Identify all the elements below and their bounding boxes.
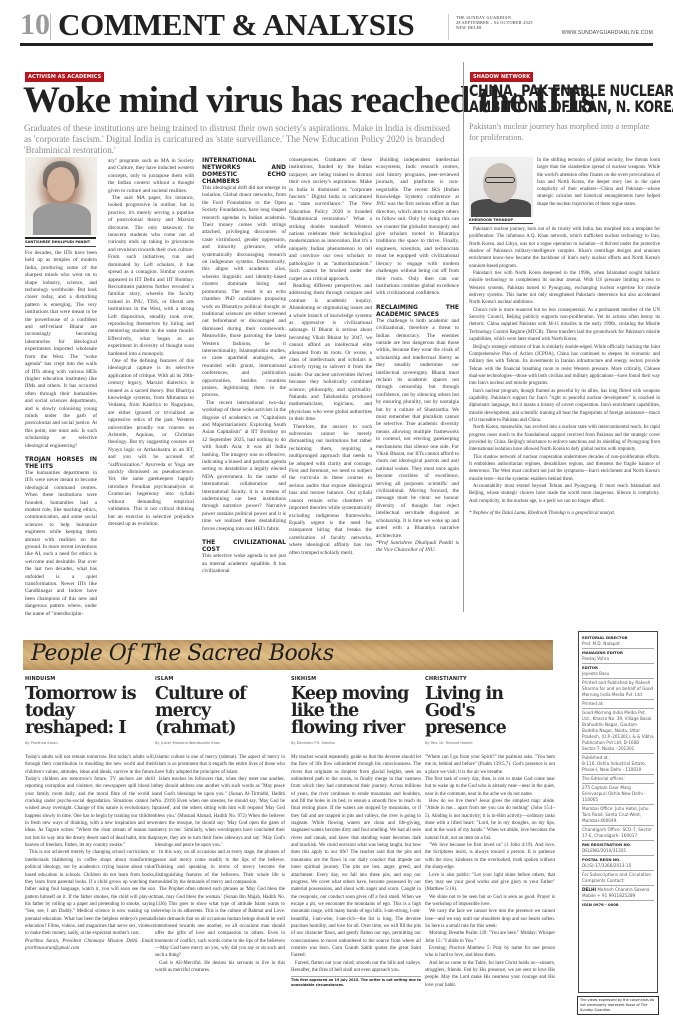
paragraph: North Korea, meanwhile, has evolved into… — [469, 424, 660, 453]
imprint-value: Printed and Published by Rakesh Sharma f… — [582, 679, 654, 700]
paragraph: China's role is more nuanced but no less… — [469, 307, 660, 344]
issn: ISSN 0976 - 0008 — [582, 901, 654, 909]
author-name: KHEDROOB THONDUP — [469, 218, 533, 222]
paragraph: ary" programs such as MA in Society and … — [108, 158, 194, 195]
imprint-value: 275 Captain Gaur Marg Srinivaspuri Okhla… — [582, 784, 654, 805]
side-standfirst: Pakistan's nuclear journey has morphed i… — [469, 121, 659, 143]
headline-line: AMBITIONS OF IRAN, N. KOREA — [469, 99, 625, 115]
column-label: HINDUISM — [25, 676, 155, 682]
subheading: INTERNATIONAL NETWORKS AND DOMESTIC ECHO… — [202, 157, 286, 185]
paragraph: This selective woke agenda is not just a… — [202, 553, 286, 575]
imprint-value: Prof. M.D. Nalapat — [582, 641, 654, 647]
imprint-value: Good Morning India Media Pvt. Ltd., Khas… — [582, 709, 654, 754]
divider — [25, 246, 96, 247]
subheading: RECLAIMING THE ACADEMIC SPACES — [376, 304, 459, 318]
imprint-value: B-116, Okhla Industrial Estate, Phase-I,… — [582, 761, 654, 773]
column-headline[interactable]: Living in God's presence — [425, 686, 555, 737]
column-body: "Where can I go from your Spirit?" the p… — [425, 754, 555, 989]
author-signoff: *Prof Santishree Dhulipudi Pandit is the… — [376, 540, 459, 555]
divider — [469, 223, 533, 224]
imprint-value: For Subscriptions and Circulation Compla… — [582, 871, 654, 886]
paragraph: Iran's nuclear program, though framed as… — [469, 388, 660, 425]
paragraph: The humanities departments in IITs were … — [25, 470, 97, 618]
glasses-icon — [485, 177, 515, 183]
section-banner: People Of The Sacred Books — [23, 640, 553, 670]
paragraph: We shine not to be seen but so God is se… — [425, 894, 555, 909]
paragraph: Reading different perspectives and addre… — [289, 283, 372, 424]
hinduism-column: HINDUISM Tomorrow is today reshaped: I B… — [25, 676, 155, 952]
author-signoff: Prarthna Saran, President Chinmaya Missi… — [25, 938, 155, 953]
article-column-1: For decades, the IITs have been held up … — [25, 250, 97, 618]
byline: By Rev. Dr. Richard Howell — [425, 741, 555, 745]
paragraph: This ideological drift did not emerge in… — [202, 185, 286, 400]
paragraph: The Prophet often uttered such phrases a… — [155, 886, 285, 959]
subheading: THE CIVILIZATIONAL COST — [202, 539, 286, 553]
paragraph: Beijing's strategic embrace of Iran is s… — [469, 344, 660, 388]
masthead-divider — [50, 14, 51, 40]
paragraph: In the shifting tectonics of global secu… — [537, 157, 660, 208]
subheading: TROJAN HORSES IN THE IITS — [25, 456, 97, 470]
imprint-value: Mahesh Chandra Saxena — [597, 887, 649, 892]
article-column-3: INTERNATIONAL NETWORKS AND DOMESTIC ECHO… — [202, 157, 286, 575]
article-column-2: ary" programs such as MA in Society and … — [108, 158, 194, 528]
edition: NEW DELHI — [456, 25, 533, 30]
paragraph: We carry the face we cannot love into th… — [425, 908, 555, 930]
article-column-5: Building independent intellectual ecosys… — [376, 157, 459, 555]
masthead: 10 COMMENT & ANALYSIS THE SUNDAY GUARDIA… — [20, 10, 653, 40]
imprint-value: Pankaj Vohra — [582, 656, 654, 662]
paragraph: One of the defining features of this ide… — [108, 358, 194, 528]
islam-column: ISLAM Culture of mercy (rahmat) By (Late… — [155, 676, 285, 974]
imprint-label: DELHI — [582, 887, 596, 892]
paragraph: Islam teaches its followers that, when t… — [155, 776, 285, 849]
imprint-label: Printed at: — [582, 700, 654, 709]
masthead-rule — [20, 43, 653, 46]
christianity-column: CHRISTIANITY Living in God's presence By… — [425, 676, 555, 989]
section-title: COMMENT & ANALYSIS — [58, 10, 414, 40]
column-body: Islamic culture is one of mercy (rahmat)… — [155, 754, 285, 974]
column-label: CHRISTIANITY — [425, 676, 555, 682]
side-article-intro: In the shifting tectonics of global secu… — [537, 157, 660, 208]
imprint-value: DELENG/2010/31355 — [582, 848, 654, 854]
paragraph: And let us come to the Table, for here C… — [425, 960, 555, 989]
column-headline[interactable]: Tomorrow is today reshaped: I — [25, 686, 155, 737]
imprint-box: EDITORIAL DIRECTOR Prof. M.D. Nalapat MA… — [578, 631, 658, 993]
paragraph: My teacher would repeatedly guide us tha… — [291, 754, 421, 960]
paragraph: How do we live there? Jesus gives the si… — [425, 798, 555, 842]
column-label: SIKHISM — [291, 676, 421, 682]
paragraph: Pakistan's nuclear journey, born out of … — [469, 226, 660, 270]
paragraph: Fareed, flatten out your mind; smooth ou… — [291, 960, 421, 975]
paragraph: For decades, the IITs have been held up … — [25, 250, 97, 450]
column-body: Today's adults will not remain tomorrow.… — [25, 754, 155, 952]
side-article-body: Pakistan's nuclear journey, born out of … — [469, 226, 660, 517]
paragraph: Evening: Practice Matthew 5: Pray by nam… — [425, 945, 555, 960]
masthead-info: THE SUNDAY GUARDIAN 28 SEPTEMBER – 04 OC… — [456, 15, 533, 30]
side-headline[interactable]: CHINA, PAK ENABLE NUCLEAR AMBITIONS OF I… — [469, 83, 625, 115]
byline: By (Late) Maulana Wahiduddin Khan — [155, 741, 285, 745]
article-column-4: consequences. Graduates of these institu… — [289, 157, 372, 557]
editor-note: This first appeared on 19 July 2015. The… — [291, 976, 421, 988]
paragraph: Therefore, the answer to such subversion… — [289, 424, 372, 557]
paragraph: This shadow network of nuclear cooperati… — [469, 454, 660, 483]
imprint-label: The Editorial offices: — [582, 775, 654, 784]
paragraph: The first task of every day, then, is no… — [425, 776, 555, 798]
column-headline[interactable]: Culture of mercy (rahmat) — [155, 686, 285, 737]
masthead-divider — [448, 14, 449, 40]
paragraph: consequences. Graduates of these institu… — [289, 157, 372, 283]
imprint-value: Chandigarh Office: SCO-7, Sector 17-E, C… — [582, 826, 654, 841]
paragraph: Love is also public: "Let your light shi… — [425, 872, 555, 894]
article-kicker: SHADOW NETWORK — [470, 72, 533, 82]
column-body: My teacher would repeatedly guide us tha… — [291, 754, 421, 988]
paragraph: Pakistan's ties with North Korea deepene… — [469, 270, 660, 307]
paragraph: Building independent intellectual ecosys… — [376, 157, 459, 298]
column-headline[interactable]: Keep moving like the flowing river — [291, 686, 421, 737]
page-number: 10 — [20, 10, 50, 40]
column-divider — [463, 62, 464, 612]
sikhism-column: SIKHISM Keep moving like the flowing riv… — [291, 676, 421, 988]
paragraph: Accountability must extend beyond Tehran… — [469, 483, 660, 505]
byline: By Prarthna Saran — [25, 741, 155, 745]
paragraph: The challenge is both academic and civil… — [376, 318, 459, 540]
paragraph: The recent international two-day worksho… — [202, 400, 286, 533]
disclaimer: The views expressed by the columnists do… — [577, 996, 659, 1015]
author-name: SANTISHREE DHULIPUDI PANDIT — [25, 240, 96, 244]
author-photo — [469, 157, 533, 217]
headline-line: CHINA, PAK ENABLE NUCLEAR — [469, 83, 625, 99]
imprint-value: Mumbai Office: Juhu Hotel, Juhu Tara Roa… — [582, 805, 654, 826]
author-signoff: * Nephew of the Dalai Lama, Khedroob Tho… — [469, 510, 660, 517]
divider — [25, 237, 96, 239]
banner-title: People Of The Sacred Books — [31, 641, 334, 666]
paragraph: Islamic culture is one of mercy (rahmat)… — [155, 754, 285, 776]
website-link[interactable]: WWW.SUNDAYGUARDIANLIVE.COM — [562, 30, 653, 36]
imprint-value: Joyeeta Basu — [582, 671, 654, 677]
column-label: ISLAM — [155, 676, 285, 682]
paragraph: God is All-Merciful. He desires his serv… — [155, 960, 285, 975]
paragraph: The said MA paper, for instance, looked … — [108, 195, 194, 358]
paragraph: "We love because he first loved us" (1 J… — [425, 842, 555, 871]
paragraph: Today's adults will not remain tomorrow.… — [25, 754, 155, 849]
imprint-value: DL(S)-17/3366/2013-15 — [582, 863, 654, 869]
byline: By Devinder P.S. Sandhu — [291, 741, 421, 745]
paragraph: "Where can I go from your Spirit?" the p… — [425, 754, 555, 776]
paragraph: In this way, on all occasions and at eve… — [155, 849, 285, 886]
author-photo — [25, 157, 97, 235]
paragraph: This is not achieved merely by changing … — [25, 849, 155, 937]
phone-number: Mobile + 91 9911825289 — [582, 893, 654, 899]
paragraph: Morning: Breathe Psalm 139: "You are her… — [425, 930, 555, 945]
main-standfirst: Graduates of these institutions are bein… — [24, 123, 454, 156]
